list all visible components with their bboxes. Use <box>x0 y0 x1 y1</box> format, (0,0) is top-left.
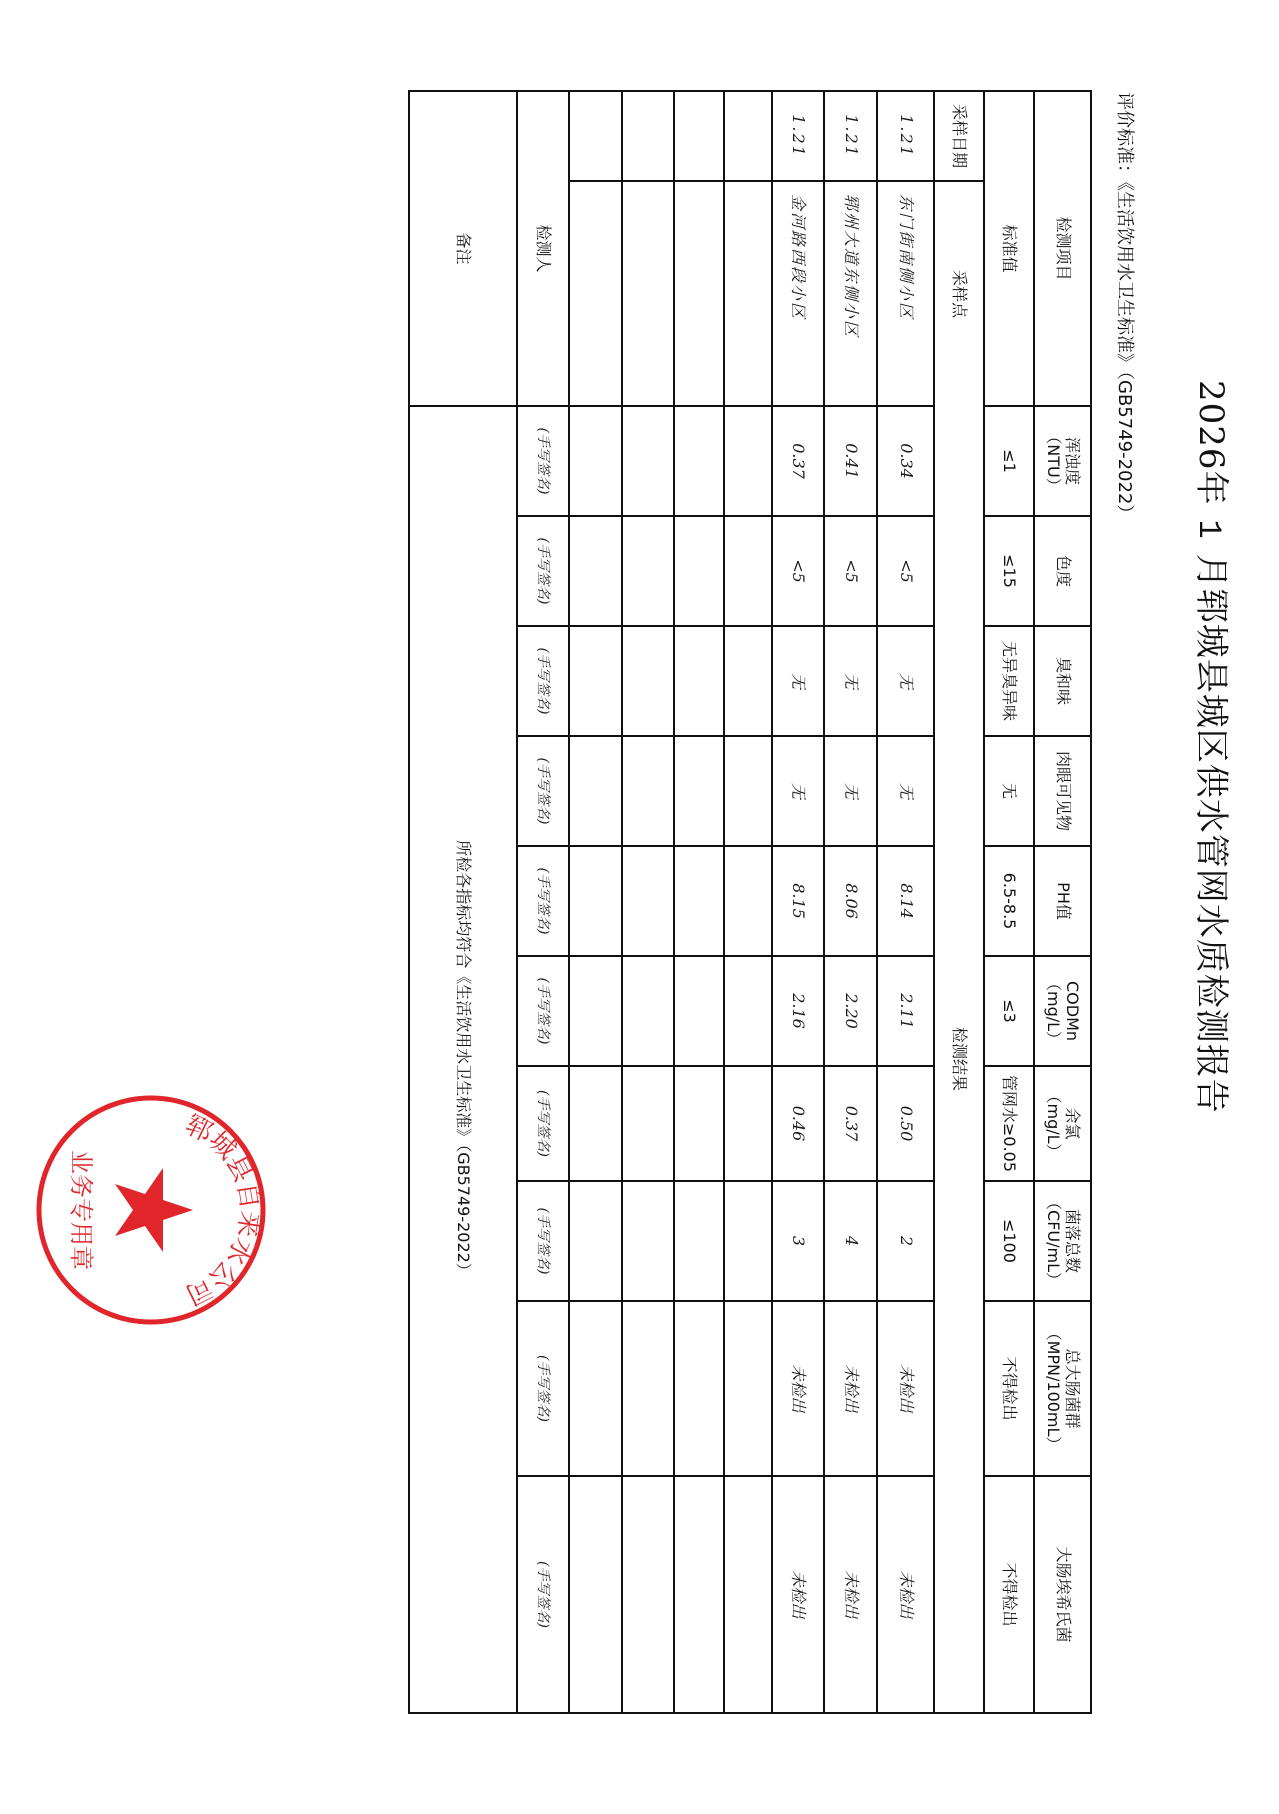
sample-point <box>569 181 622 406</box>
result-cell <box>724 626 772 736</box>
result-cell <box>569 1476 622 1713</box>
sample-point: 郓州大道东侧小区 <box>824 181 877 406</box>
result-cell <box>569 956 622 1066</box>
table-row: 1.21金河路西段小区0.37<5无无8.152.160.463未检出未检出 <box>772 91 824 1713</box>
std-turbidity: ≤1 <box>984 406 1034 516</box>
result-cell <box>674 406 724 516</box>
sample-point: 东门街南侧小区 <box>877 181 934 406</box>
result-cell <box>674 1301 724 1476</box>
result-cell: 4 <box>824 1181 877 1301</box>
remarks-label: 备注 <box>409 91 517 406</box>
result-cell: 未检出 <box>877 1476 934 1713</box>
result-cell <box>622 1181 674 1301</box>
sample-point: 金河路西段小区 <box>772 181 824 406</box>
col-odor: 臭和味 <box>1034 626 1091 736</box>
standard-label: 标准值 <box>984 91 1034 406</box>
result-cell <box>724 1066 772 1181</box>
standard-row: 标准值 ≤1 ≤15 无异臭异味 无 6.5-8.5 ≤3 管网水≥0.05 ≤… <box>984 91 1034 1713</box>
result-cell <box>622 1301 674 1476</box>
inspector-row: 检测人(手写签名)(手写签名)(手写签名)(手写签名)(手写签名)(手写签名)(… <box>517 91 569 1713</box>
result-cell <box>569 406 622 516</box>
report-title: 2026年1月郓城县城区供水管网水质检测报告 <box>1190 380 1239 1440</box>
col-ph: PH值 <box>1034 846 1091 956</box>
result-cell: 2.16 <box>772 956 824 1066</box>
col-bacteria: 菌落总数（CFU/mL） <box>1034 1181 1091 1301</box>
result-cell <box>674 516 724 626</box>
result-cell: 无 <box>877 736 934 846</box>
table-row <box>622 91 674 1713</box>
std-odor: 无异臭异味 <box>984 626 1034 736</box>
result-cell <box>724 406 772 516</box>
result-cell: 未检出 <box>772 1301 824 1476</box>
result-cell: 无 <box>824 626 877 736</box>
star-icon <box>115 1168 193 1252</box>
report-sheet: 2026年1月郓城县城区供水管网水质检测报告 评价标准：《生活饮用水卫生标准》（… <box>0 0 1279 1814</box>
result-cell <box>674 846 724 956</box>
results-label: 检测结果 <box>934 406 984 1713</box>
col-turbidity: 浑浊度（NTU） <box>1034 406 1091 516</box>
date-label: 采样日期 <box>934 91 984 181</box>
result-cell <box>724 846 772 956</box>
col-coliform: 总大肠菌群（MPN/100mL） <box>1034 1301 1091 1476</box>
evaluation-criteria: 评价标准：《生活饮用水卫生标准》（GB5749-2022） <box>1113 92 1139 522</box>
sample-date: 1.21 <box>772 91 824 181</box>
std-coliform: 不得检出 <box>984 1301 1034 1476</box>
result-cell <box>569 846 622 956</box>
std-bacteria: ≤100 <box>984 1181 1034 1301</box>
title-year: 2026年 <box>1191 380 1231 506</box>
result-cell: 未检出 <box>824 1301 877 1476</box>
result-cell: 8.14 <box>877 846 934 956</box>
result-cell: 8.06 <box>824 846 877 956</box>
col-color: 色度 <box>1034 516 1091 626</box>
result-cell <box>724 736 772 846</box>
col-codmn: CODMn（mg/L） <box>1034 956 1091 1066</box>
item-label: 检测项目 <box>1034 91 1091 406</box>
sample-date: 1.21 <box>824 91 877 181</box>
result-cell: 未检出 <box>824 1476 877 1713</box>
result-cell <box>724 1476 772 1713</box>
inspector-signature: (手写签名) <box>517 1066 569 1181</box>
sample-date: 1.21 <box>877 91 934 181</box>
result-cell <box>724 956 772 1066</box>
inspector-signature: (手写签名) <box>517 406 569 516</box>
inspector-signature: (手写签名) <box>517 846 569 956</box>
result-cell: 未检出 <box>772 1476 824 1713</box>
subheader-row: 采样日期 采样点 检测结果 <box>934 91 984 1713</box>
std-color: ≤15 <box>984 516 1034 626</box>
sample-date <box>674 91 724 181</box>
result-cell <box>724 1301 772 1476</box>
result-cell <box>569 1066 622 1181</box>
result-cell <box>674 736 724 846</box>
result-cell <box>622 626 674 736</box>
result-cell <box>622 1476 674 1713</box>
result-cell: 0.34 <box>877 406 934 516</box>
title-month: 1 <box>1190 520 1227 540</box>
result-cell <box>569 516 622 626</box>
std-chlorine: 管网水≥0.05 <box>984 1066 1034 1181</box>
std-codmn: ≤3 <box>984 956 1034 1066</box>
result-cell <box>674 956 724 1066</box>
inspector-signature: (手写签名) <box>517 1476 569 1713</box>
result-cell <box>674 626 724 736</box>
result-cell <box>569 1181 622 1301</box>
inspector-signature: (手写签名) <box>517 516 569 626</box>
result-cell <box>622 1066 674 1181</box>
table-row <box>724 91 772 1713</box>
sample-point <box>674 181 724 406</box>
result-cell: 无 <box>772 736 824 846</box>
result-cell: 2.11 <box>877 956 934 1066</box>
result-cell <box>622 736 674 846</box>
result-cell <box>622 956 674 1066</box>
std-visible: 无 <box>984 736 1034 846</box>
sample-point <box>622 181 674 406</box>
seal-bottom-text: 业务专用章 <box>67 1150 95 1270</box>
item-name-row: 检测项目 浑浊度（NTU） 色度 臭和味 肉眼可见物 PH值 CODMn（mg/… <box>1034 91 1091 1713</box>
inspector-signature: (手写签名) <box>517 626 569 736</box>
result-cell: 0.41 <box>824 406 877 516</box>
result-cell <box>569 626 622 736</box>
result-cell <box>622 516 674 626</box>
result-cell <box>569 1301 622 1476</box>
col-chlorine: 余氯（mg/L） <box>1034 1066 1091 1181</box>
remarks-text: 所检各指标均符合《生活饮用水卫生标准》（GB5749-2022） <box>409 406 517 1713</box>
company-seal: 郓城县自来水公司 业务专用章 <box>31 1090 271 1330</box>
result-cell: 2.20 <box>824 956 877 1066</box>
result-cell: 无 <box>772 626 824 736</box>
sample-date <box>569 91 622 181</box>
result-cell: 0.37 <box>772 406 824 516</box>
result-cell: 8.15 <box>772 846 824 956</box>
result-cell <box>622 846 674 956</box>
result-cell: 0.50 <box>877 1066 934 1181</box>
table-row: 1.21郓州大道东侧小区0.41<5无无8.062.200.374未检出未检出 <box>824 91 877 1713</box>
inspector-signature: (手写签名) <box>517 956 569 1066</box>
std-ecoli: 不得检出 <box>984 1476 1034 1713</box>
table-row <box>674 91 724 1713</box>
inspector-signature: (手写签名) <box>517 736 569 846</box>
result-cell <box>724 516 772 626</box>
result-cell: 0.46 <box>772 1066 824 1181</box>
water-quality-table: 检测项目 浑浊度（NTU） 色度 臭和味 肉眼可见物 PH值 CODMn（mg/… <box>408 90 1092 1714</box>
remarks-row: 备注 所检各指标均符合《生活饮用水卫生标准》（GB5749-2022） <box>409 91 517 1713</box>
inspector-label: 检测人 <box>517 91 569 406</box>
result-cell: <5 <box>877 516 934 626</box>
result-cell: 3 <box>772 1181 824 1301</box>
result-cell: 无 <box>824 736 877 846</box>
result-cell <box>622 406 674 516</box>
result-cell <box>569 736 622 846</box>
result-cell <box>674 1181 724 1301</box>
result-cell: 2 <box>877 1181 934 1301</box>
result-cell <box>674 1476 724 1713</box>
inspector-signature: (手写签名) <box>517 1181 569 1301</box>
col-visible: 肉眼可见物 <box>1034 736 1091 846</box>
result-cell <box>724 1181 772 1301</box>
sample-point <box>724 181 772 406</box>
result-cell: 0.37 <box>824 1066 877 1181</box>
point-label: 采样点 <box>934 181 984 406</box>
sample-date <box>622 91 674 181</box>
title-text: 月郓城县城区供水管网水质检测报告 <box>1191 554 1231 1114</box>
std-ph: 6.5-8.5 <box>984 846 1034 956</box>
result-cell: <5 <box>772 516 824 626</box>
table-row <box>569 91 622 1713</box>
result-cell: 未检出 <box>877 1301 934 1476</box>
sample-date <box>724 91 772 181</box>
inspector-signature: (手写签名) <box>517 1301 569 1476</box>
table-row: 1.21东门街南侧小区0.34<5无无8.142.110.502未检出未检出 <box>877 91 934 1713</box>
result-cell <box>674 1066 724 1181</box>
col-ecoli: 大肠埃希氏菌 <box>1034 1476 1091 1713</box>
result-cell: 无 <box>877 626 934 736</box>
seal-top-text: 郓城县自来水公司 <box>181 1110 265 1310</box>
result-cell: <5 <box>824 516 877 626</box>
